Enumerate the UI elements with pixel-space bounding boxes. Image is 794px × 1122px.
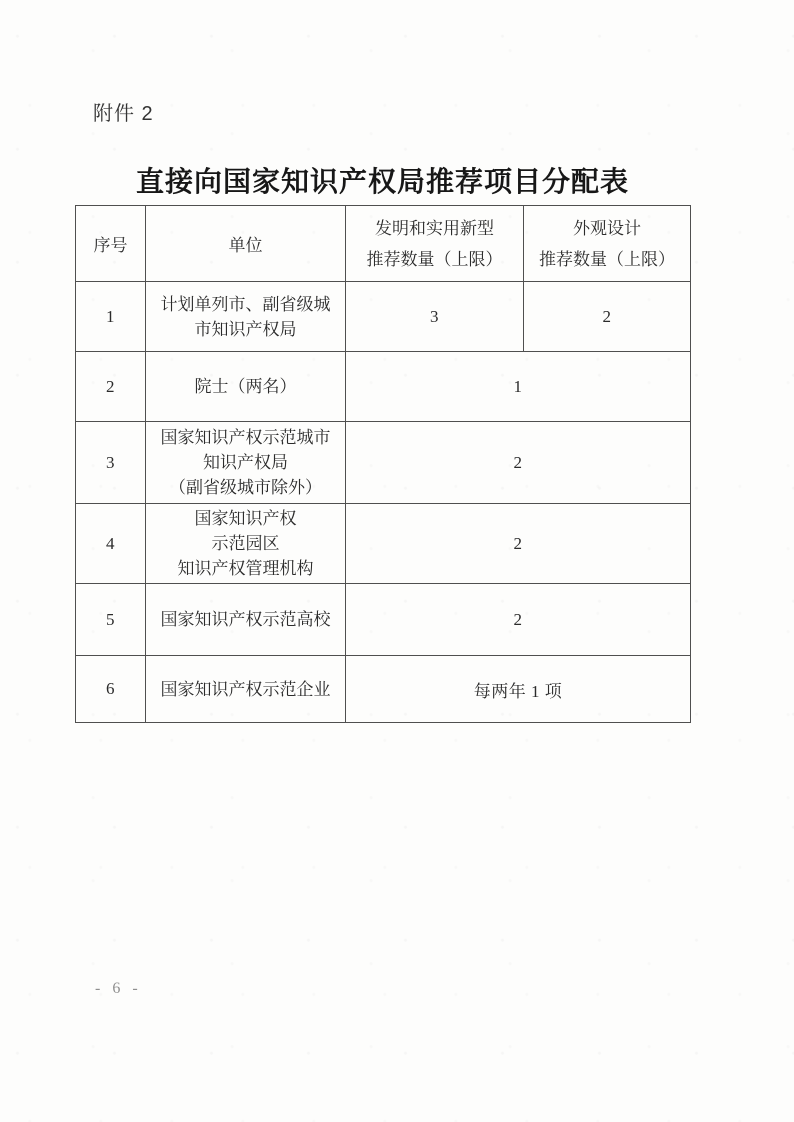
row-serial: 3 [76, 422, 146, 504]
table-row: 4 国家知识产权 示范园区 知识产权管理机构 2 [76, 504, 691, 584]
row-unit: 国家知识产权 示范园区 知识产权管理机构 [146, 504, 346, 584]
header-invention-utility: 发明和实用新型 推荐数量（上限） [346, 206, 524, 282]
header-design: 外观设计 推荐数量（上限） [524, 206, 691, 282]
header-design-line1: 外观设计 [530, 213, 684, 244]
table-row: 5 国家知识产权示范高校 2 [76, 584, 691, 656]
row-invention-quota: 3 [346, 282, 524, 352]
row-unit: 国家知识产权示范企业 [146, 656, 346, 723]
row-merged-quota: 1 [346, 352, 691, 422]
row-unit: 国家知识产权示范高校 [146, 584, 346, 656]
table-header-row: 序号 单位 发明和实用新型 推荐数量（上限） 外观设计 推荐数量（上限） [76, 206, 691, 282]
row-merged-quota: 2 [346, 584, 691, 656]
header-design-line2: 推荐数量（上限） [530, 244, 684, 275]
table-row: 1 计划单列市、副省级城 市知识产权局 3 2 [76, 282, 691, 352]
row-unit: 国家知识产权示范城市 知识产权局 （副省级城市除外） [146, 422, 346, 504]
page-number: - 6 - [95, 980, 142, 998]
row-serial: 5 [76, 584, 146, 656]
header-unit: 单位 [146, 206, 346, 282]
row-unit: 计划单列市、副省级城 市知识产权局 [146, 282, 346, 352]
row-merged-quota: 每两年 1 项 [346, 656, 691, 723]
page-title: 直接向国家知识产权局推荐项目分配表 [75, 160, 690, 200]
header-serial-number: 序号 [76, 206, 146, 282]
row-serial: 4 [76, 504, 146, 584]
table-row: 6 国家知识产权示范企业 每两年 1 项 [76, 656, 691, 723]
row-unit: 院士（两名） [146, 352, 346, 422]
table-row: 3 国家知识产权示范城市 知识产权局 （副省级城市除外） 2 [76, 422, 691, 504]
allocation-table: 序号 单位 发明和实用新型 推荐数量（上限） 外观设计 推荐数量（上限） 1 计… [75, 205, 691, 723]
attachment-label: 附件 2 [93, 97, 154, 126]
header-invention-line1: 发明和实用新型 [352, 213, 517, 244]
row-serial: 2 [76, 352, 146, 422]
row-serial: 1 [76, 282, 146, 352]
row-merged-quota: 2 [346, 422, 691, 504]
document-page: 附件 2 直接向国家知识产权局推荐项目分配表 序号 单位 发明和实用新型 推荐数… [0, 0, 794, 1122]
header-invention-line2: 推荐数量（上限） [352, 244, 517, 275]
row-serial: 6 [76, 656, 146, 723]
row-merged-quota: 2 [346, 504, 691, 584]
row-design-quota: 2 [524, 282, 691, 352]
table-row: 2 院士（两名） 1 [76, 352, 691, 422]
